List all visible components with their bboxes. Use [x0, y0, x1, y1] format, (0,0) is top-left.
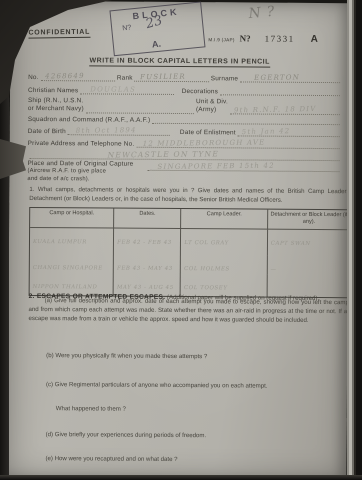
table-row: FEB 42 - FEB 43: [113, 228, 180, 254]
table-row: LT COL GRAY: [180, 229, 267, 256]
question-2c-text: (c) Give Regimental particulars of anyon…: [28, 381, 362, 390]
table-header-block-leader: Detachment or Block Leader (if any).: [267, 210, 350, 230]
no-field: 4268649: [41, 72, 115, 82]
date-of-birth-label: Date of Birth: [28, 128, 66, 135]
surname-field: EGERTON: [240, 73, 340, 83]
date-of-enlistment-value: 5th Jan 42: [242, 127, 291, 136]
no-value: 4268649: [45, 72, 85, 80]
decorations-field: [220, 86, 340, 96]
cell-leader-1: COL HOLMES: [184, 266, 230, 272]
cell-camp-1: CHANGI SINGAPORE: [33, 265, 103, 271]
field-row-identity: No. 4268649 Rank FUSILIER Surname EGERTO…: [28, 72, 342, 83]
cell-leader-0: LT COL GRAY: [184, 240, 229, 246]
serial-no-label: N?: [240, 33, 251, 43]
cell-camp-0: KUALA LUMPUR: [33, 239, 87, 245]
cell-block-0: CAPT SWAN: [271, 240, 311, 246]
date-of-birth-field: 8th Oct 1894: [68, 126, 170, 136]
surname-value: EGERTON: [254, 73, 300, 81]
form-reference: M.I.9 (JAP): [208, 37, 234, 42]
date-of-enlistment-field: 5th Jan 42: [238, 127, 340, 137]
address-label: Private Address and Telephone No.: [28, 140, 135, 148]
serial-suffix: A: [311, 34, 318, 45]
capture-note-line2: and date of a/c crash).: [27, 176, 145, 184]
field-row-service: Ship (R.N., U.S.N. or Merchant Navy) Uni…: [28, 97, 342, 115]
field-row-names: Christian Names DOUGLAS Decorations: [28, 85, 342, 96]
table-row: FEB 43 - MAY 43: [113, 254, 180, 273]
decorations-label: Decorations: [182, 88, 218, 95]
rank-value: FUSILIER: [141, 73, 187, 81]
unit-div-value: 9th R.N.F. 18 DIV: [234, 105, 317, 115]
page-stack-edge: [347, 0, 362, 480]
table-header-dates: Dates.: [113, 209, 180, 229]
no-label: No.: [28, 74, 39, 81]
pencil-annotation: N?: [248, 3, 281, 22]
table-row: CAPT SWAN: [267, 229, 350, 256]
block-stamp-number-handwritten: 23: [144, 13, 164, 32]
question-2e-text: (e) How were you recaptured and on what …: [27, 455, 362, 464]
block-stamp-no-label: N?: [122, 24, 132, 32]
unit-div-label-line1: Unit & Div.: [196, 98, 228, 106]
address-field-line1: 12 MIDDLEBOROUGH AVE: [136, 139, 339, 149]
question-2c2-text: What happened to them ?: [28, 405, 362, 414]
address-value-line1: 12 MIDDLEBOROUGH AVE: [142, 139, 265, 148]
squadron-label: Squadron and Command (R.A.F., A.A.F.): [28, 116, 151, 124]
date-of-enlistment-label: Date of Enlistment: [180, 129, 236, 136]
cell-dates-1: FEB 43 - MAY 43: [117, 265, 173, 271]
field-row-address: Private Address and Telephone No. 12 MID…: [28, 138, 342, 149]
squadron-field: [152, 115, 340, 125]
field-row-capture: Place and Date of Original Capture (Airc…: [27, 160, 341, 186]
form-instruction-heading: WRITE IN BLOCK CAPITAL LETTERS IN PENCIL: [10, 57, 349, 66]
ship-field: [86, 104, 194, 114]
surname-label: Surname: [211, 75, 238, 82]
christian-names-value: DOUGLAS: [90, 85, 136, 93]
form-serial-line: M.I.9 (JAP) N? 17331 A: [208, 33, 348, 45]
capture-field: SINGAPORE FEB 15th 42: [147, 161, 339, 172]
rank-field: FUSILIER: [135, 73, 209, 83]
block-stamp-letter: A.: [151, 39, 161, 50]
block-number-stamp: BLOCK N? 23 A.: [109, 1, 205, 56]
ship-label-line2: or Merchant Navy): [28, 105, 84, 113]
serial-number: 17331: [265, 34, 295, 44]
address-value-line2: NEWCASTLE ON TYNE: [108, 149, 219, 159]
date-of-birth-value: 8th Oct 1894: [76, 126, 137, 135]
table-header-camp-leader: Camp Leader.: [180, 209, 267, 229]
camps-table: Camp or Hospital. Dates. Camp Leader. De…: [29, 207, 352, 298]
cell-dates-0: FEB 42 - FEB 43: [117, 239, 172, 245]
question-1-text: 1. What camps, detachments or hospitals …: [29, 185, 351, 206]
christian-names-field: DOUGLAS: [80, 85, 174, 95]
bottom-shadow: [0, 475, 362, 480]
table-row: KUALA LUMPUR: [30, 227, 113, 254]
table-header-camp: Camp or Hospital.: [30, 208, 113, 228]
document-page: CONFIDENTIAL BLOCK N? 23 A. N? M.I.9 (JA…: [7, 1, 349, 479]
table-row: COL HOLMES: [180, 255, 267, 275]
question-2b-text: (b) Were you physically fit when you mad…: [28, 352, 362, 361]
unit-div-field: 9th R.N.F. 18 DIV: [230, 105, 340, 115]
table-row: CHANGI SINGAPORE: [30, 253, 113, 273]
capture-value: SINGAPORE FEB 15th 42: [157, 162, 274, 171]
field-row-dates: Date of Birth 8th Oct 1894 Date of Enlis…: [28, 126, 342, 137]
scanned-photo: CONFIDENTIAL BLOCK N? 23 A. N? M.I.9 (JA…: [0, 0, 362, 480]
question-2d-text: (d) Give briefly your experiences during…: [28, 431, 362, 440]
rank-label: Rank: [117, 75, 133, 82]
unit-div-label-line2: (Army): [196, 106, 228, 114]
question-2a-text: (a) Give full description and approx. da…: [28, 296, 350, 326]
field-row-squadron: Squadron and Command (R.A.F., A.A.F.): [28, 114, 342, 125]
table-row: —: [267, 255, 350, 275]
christian-names-label: Christian Names: [28, 87, 78, 94]
confidential-stamp: CONFIDENTIAL: [28, 29, 90, 39]
cell-block-1: —: [271, 266, 277, 272]
